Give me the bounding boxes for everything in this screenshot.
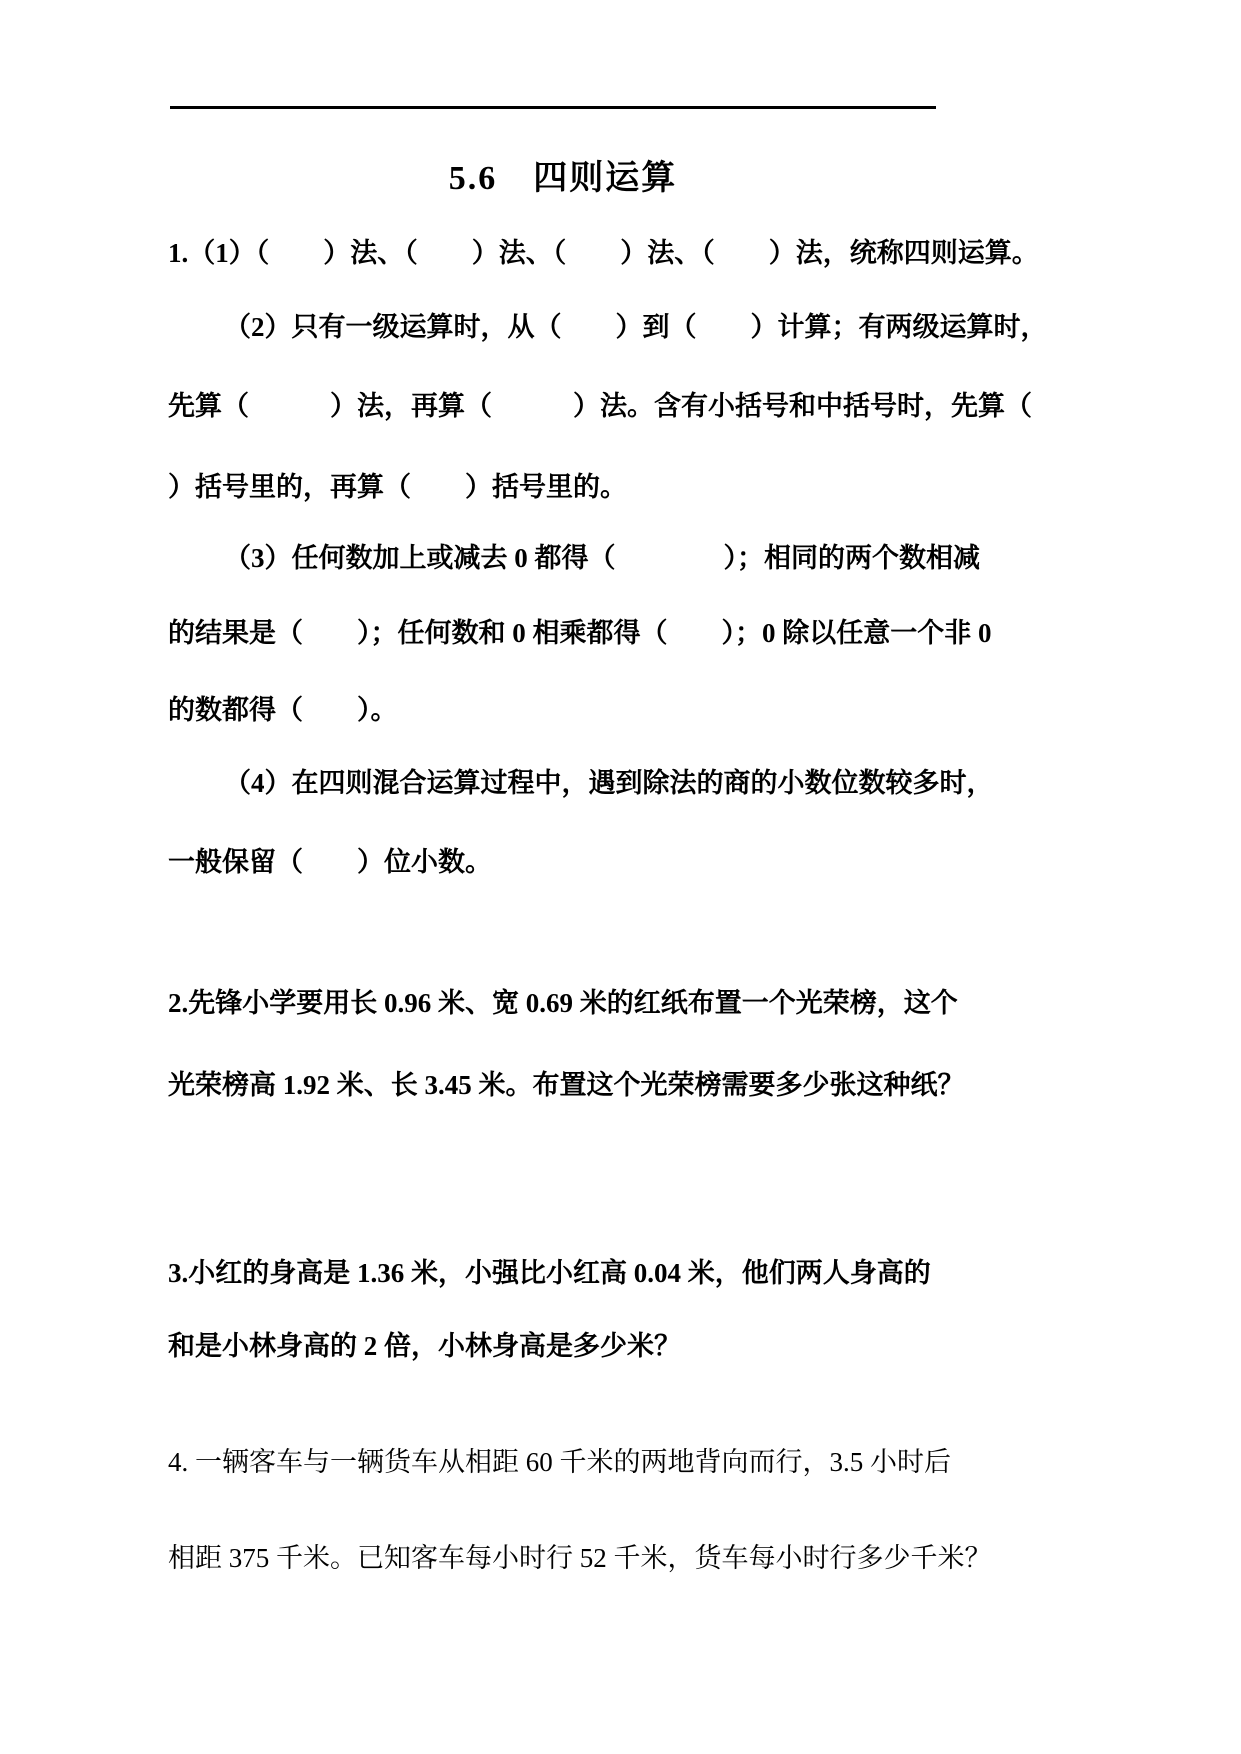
header-rule [170, 106, 936, 109]
problem-1-line-3: 先算（ ）法，再算（ ）法。含有小括号和中括号时，先算（ [168, 389, 968, 423]
problem-1-line-6: 的结果是（ ）；任何数和 0 相乘都得（ ）；0 除以任意一个非 0 [168, 616, 968, 650]
problem-4-line-2: 相距 375 千米。已知客车每小时行 52 千米，货车每小时行多少千米？ [168, 1541, 968, 1575]
problem-1-line-2: （2）只有一级运算时，从（ ）到（ ）计算；有两级运算时， [168, 310, 1024, 344]
problem-3-line-1: 3.小红的身高是 1.36 米，小强比小红高 0.04 米，他们两人身高的 [168, 1256, 968, 1290]
problem-1-line-9: 一般保留（ ）位小数。 [168, 845, 968, 879]
worksheet-page: 5.6 四则运算 1.（1）（ ）法、（ ）法、（ ）法、（ ）法，统称四则运算… [0, 0, 1241, 1754]
problem-1-line-7: 的数都得（ ）。 [168, 693, 968, 727]
problem-4-line-1: 4. 一辆客车与一辆货车从相距 60 千米的两地背向而行，3.5 小时后 [168, 1445, 968, 1479]
problem-1-line-8: （4）在四则混合运算过程中，遇到除法的商的小数位数较多时， [168, 766, 1024, 800]
problem-1-line-1: 1.（1）（ ）法、（ ）法、（ ）法、（ ）法，统称四则运算。 [168, 236, 968, 270]
problem-1-line-5: （3）任何数加上或减去 0 都得（ ）；相同的两个数相减 [168, 541, 1024, 575]
problem-1-line-4: ）括号里的，再算（ ）括号里的。 [168, 470, 968, 504]
problem-2-line-1: 2.先锋小学要用长 0.96 米、宽 0.69 米的红纸布置一个光荣榜，这个 [168, 986, 968, 1020]
problem-3-line-2: 和是小林身高的 2 倍，小林身高是多少米？ [168, 1329, 968, 1363]
page-title: 5.6 四则运算 [170, 150, 956, 199]
problem-2-line-2: 光荣榜高 1.92 米、长 3.45 米。布置这个光荣榜需要多少张这种纸？ [168, 1068, 968, 1102]
